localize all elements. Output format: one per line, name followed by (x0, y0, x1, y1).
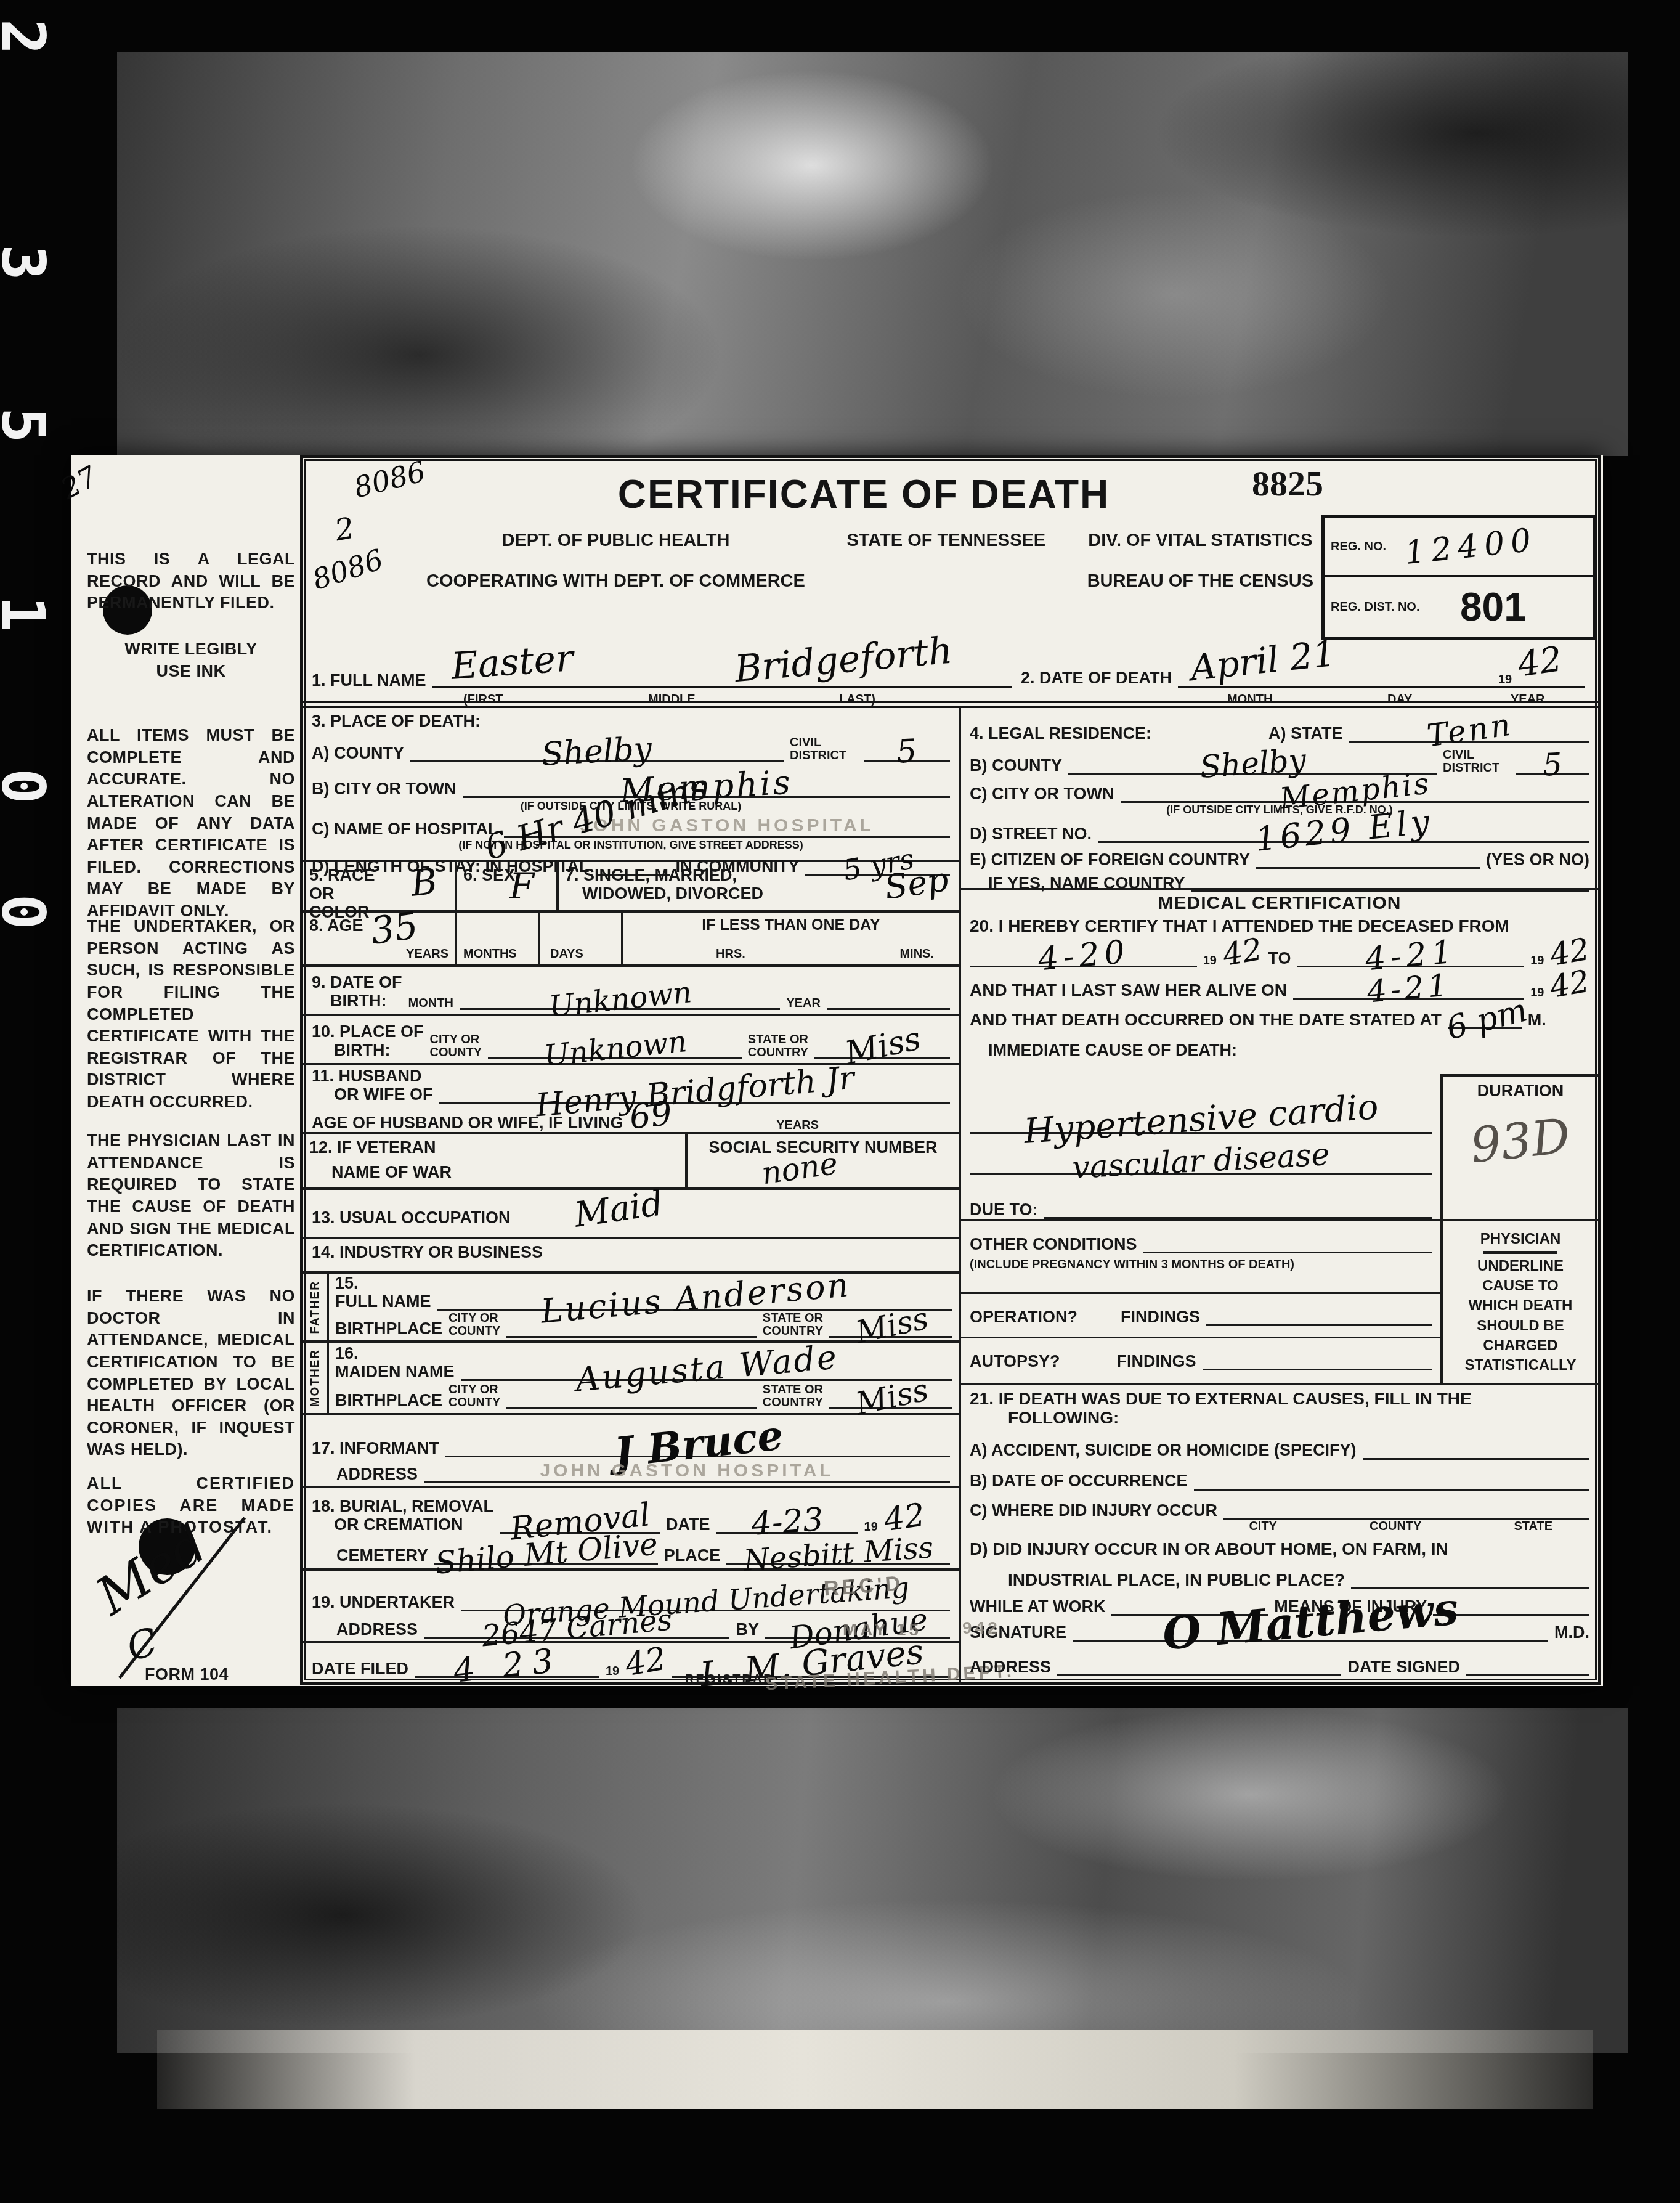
physician-note-line: SHOULD BE (1477, 1318, 1564, 1334)
months-sublabel: MONTHS (463, 948, 517, 961)
div-line2: BUREAU OF THE CENSUS (1087, 571, 1313, 591)
citizen-suffix: (YES OR NO) (1486, 850, 1589, 869)
street-no-label: D) STREET NO. (970, 825, 1092, 843)
time-value: 6 pm (1443, 995, 1530, 1045)
date-filed-value: 4 23 (452, 1643, 564, 1688)
physician-note-line: WHICH DEATH (1469, 1298, 1573, 1313)
state-line: STATE OF TENNESSEE (846, 531, 1045, 550)
film-edge-digit: 2 (0, 19, 52, 55)
veteran-ssn-row: 12. IF VETERAN NAME OF WAR SOCIAL SECURI… (303, 1134, 959, 1190)
mother-state-label2: COUNTRY (763, 1396, 823, 1409)
informant-label: 17. INFORMANT (312, 1439, 439, 1457)
veteran-label: 12. IF VETERAN (309, 1138, 679, 1157)
full-name-first-value: Easter (450, 640, 574, 685)
div-line1: DIV. OF VITAL STATISTICS (1087, 531, 1313, 550)
date-signed-label: DATE SIGNED (1347, 1658, 1460, 1676)
date-filed-year-prefix: 19 (606, 1665, 619, 1678)
certificate-form: 8086 2 8086 CERTIFICATE OF DEATH 8825 DE… (300, 455, 1601, 1685)
reg-dist-value: 801 (1460, 584, 1526, 630)
external-d-label2: INDUSTRIAL PLACE, IN PUBLIC PLACE? (1008, 1570, 1345, 1589)
from-year-prefix: 19 (1203, 955, 1217, 967)
dob-month-sublabel: MONTH (408, 997, 453, 1010)
burial-label: 18. BURIAL, REMOVAL (312, 1497, 493, 1515)
civil-district-label: CIVIL DISTRICT (790, 736, 858, 762)
external-d-label: D) DID INJURY OCCUR IN OR ABOUT HOME, ON… (970, 1539, 1589, 1558)
margin-note-physician: THE PHYSICIAN LAST IN ATTENDANCE IS REQU… (87, 1130, 295, 1262)
external-c-label: C) WHERE DID INJURY OCCUR (970, 1501, 1217, 1520)
pob-city-label2: COUNTY (430, 1046, 482, 1059)
less-than-day-label: IF LESS THAN ONE DAY (630, 916, 952, 934)
date-of-birth-row: 9. DATE OF BIRTH: MONTH Unknown YEAR (303, 967, 959, 1016)
handwritten-corner-number: 27 (57, 462, 102, 503)
father-city-label: CITY OR (448, 1312, 500, 1325)
injury-state-sublabel: STATE (1514, 1520, 1552, 1533)
years-sublabel: YEARS (406, 948, 448, 961)
place-of-birth-row: 10. PLACE OF BIRTH: CITY OR COUNTY Unkno… (303, 1016, 959, 1065)
burial-place-label: PLACE (664, 1546, 721, 1565)
duration-value: 93D (1468, 1112, 1572, 1170)
header-agencies: DEPT. OF PUBLIC HEALTH COOPERATING WITH … (426, 531, 1313, 592)
to-year-prefix: 19 (1530, 955, 1544, 967)
cause-band: IMMEDIATE CAUSE OF DEATH: Hypertensive c… (961, 1038, 1598, 1221)
pob-label2: BIRTH: (334, 1041, 424, 1059)
physician-note-line: UNDERLINE (1477, 1258, 1564, 1274)
film-edge-digit: 5 (0, 407, 52, 443)
pob-state-value: Miss (843, 1023, 923, 1070)
year-sublabel: YEAR (1511, 693, 1545, 706)
full-name-row: 1. FULL NAME Easter Bridgeforth (FIRST M… (303, 641, 1598, 708)
occupation-label: 13. USUAL OCCUPATION (312, 1208, 511, 1227)
place-of-death-section: 3. PLACE OF DEATH: A) COUNTY Shelby CIVI… (303, 708, 959, 862)
informant-row: 17. INFORMANT J Bruce ADDRESS JOHN GASTO… (303, 1415, 959, 1488)
dept-line1: DEPT. OF PUBLIC HEALTH (426, 531, 805, 550)
medical-certification-header: MEDICAL CERTIFICATION (961, 890, 1598, 916)
duration-label: DURATION (1477, 1081, 1564, 1100)
dob-label: 9. DATE OF (312, 973, 402, 992)
last-saw-label: AND THAT I LAST SAW HER ALIVE ON (970, 980, 1287, 1000)
film-edge-digit: 0 (0, 768, 52, 804)
form-number: FORM 104 (145, 1664, 280, 1686)
to-label: TO (1268, 949, 1291, 967)
middle-sublabel: MIDDLE (648, 693, 696, 706)
physician-note-line: STATISTICALLY (1465, 1358, 1577, 1373)
date-filed-year-value: 42 (623, 1643, 668, 1682)
informant-address-label: ADDRESS (336, 1465, 418, 1483)
father-name-label: FULL NAME (335, 1292, 431, 1311)
film-edge-digit: 0 (0, 894, 52, 930)
mother-name-label: MAIDEN NAME (335, 1362, 455, 1381)
right-column: 4. LEGAL RESIDENCE: A) STATE Tenn B) COU… (961, 708, 1598, 1685)
county-label: A) COUNTY (312, 744, 404, 762)
burial-place-value: Nesbitt Miss (743, 1533, 935, 1575)
residence-county-label: B) COUNTY (970, 756, 1062, 775)
mother-city-label: CITY OR (448, 1383, 500, 1396)
margin-note-legal-record: THIS IS A LEGAL RECORD AND WILL BE PERMA… (87, 548, 295, 614)
physician-note-box: PHYSICIAN UNDERLINE CAUSE TO WHICH DEATH… (1440, 1221, 1598, 1383)
pob-city-value: Unknown (543, 1027, 688, 1071)
full-name-label: 1. FULL NAME (312, 671, 426, 690)
stamp-942-fragment: 942 (962, 1618, 1000, 1638)
last-sublabel: LAST) (839, 693, 875, 706)
conditions-band: OTHER CONDITIONS (INCLUDE PREGNANCY WITH… (961, 1221, 1598, 1385)
reg-no-value: 12400 (1403, 524, 1539, 569)
external-causes-section: 21. IF DEATH WAS DUE TO EXTERNAL CAUSES,… (961, 1385, 1598, 1589)
spouse-row: 11. HUSBAND OR WIFE OF Henry Bridgforth … (303, 1065, 959, 1134)
burial-label2: OR CREMATION (334, 1515, 493, 1534)
residence-city-label: C) CITY OR TOWN (970, 784, 1114, 803)
pob-state-label: STATE OR (748, 1033, 808, 1046)
burial-year-prefix: 19 (864, 1521, 878, 1534)
year-value: 42 (1516, 642, 1564, 682)
handwritten-cert-number: 8086 (351, 457, 428, 502)
spouse-label: 11. HUSBAND (312, 1067, 432, 1085)
place-of-death-title: 3. PLACE OF DEATH: (312, 712, 950, 730)
hospital-label: C) NAME OF HOSPITAL (312, 820, 498, 838)
physician-word: PHYSICIAN (1480, 1231, 1561, 1247)
film-exposure-top (117, 52, 1628, 456)
last-saw-year-value: 42 (1548, 966, 1592, 1003)
race-value: B (409, 863, 439, 902)
microfilm-scan: 2 3 5 1 0 0 27 THIS IS A LEGAL RECORD AN… (0, 0, 1680, 2203)
year-prefix: 19 (1498, 674, 1512, 686)
mother-side-label: MOTHER (309, 1349, 322, 1407)
industry-row: 14. INDUSTRY OR BUSINESS (303, 1239, 959, 1274)
date-of-death-value: April 21 (1189, 635, 1337, 686)
marital-value: Sep (883, 863, 951, 905)
margin-note-accuracy: ALL ITEMS MUST BE COMPLETE AND ACCURATE.… (87, 725, 295, 922)
autopsy-label: AUTOPSY? (970, 1352, 1060, 1370)
city-label: B) CITY OR TOWN (312, 780, 457, 798)
father-city-label2: COUNTY (448, 1325, 500, 1338)
handwritten-cert-number-2: 8086 (309, 545, 387, 594)
mother-state-value: Miss (853, 1374, 930, 1420)
film-exposure-bottom (117, 1708, 1628, 2053)
attended-from-value: 4-20 (1037, 936, 1131, 976)
death-certificate: 27 THIS IS A LEGAL RECORD AND WILL BE PE… (71, 455, 1603, 1686)
spouse-age-years: YEARS (776, 1119, 819, 1132)
reg-dist-label: REG. DIST. NO. (1331, 601, 1423, 614)
film-edge-digit: 1 (0, 596, 52, 632)
margin-note-write-legibly: WRITE LEGIBLY (87, 638, 295, 661)
margin-note-no-doctor: IF THERE WAS NO DOCTOR IN ATTENDANCE, ME… (87, 1285, 295, 1461)
cemetery-label: CEMETERY (336, 1546, 428, 1565)
if-yes-label: IF YES, NAME COUNTRY (988, 874, 1185, 892)
father-birthplace-label: BIRTHPLACE (335, 1319, 442, 1338)
day-sublabel: DAY (1387, 693, 1412, 706)
other-conditions-caption: (INCLUDE PREGNANCY WITHIN 3 MONTHS OF DE… (970, 1258, 1432, 1271)
handwritten-2: 2 (333, 513, 356, 546)
father-state-label2: COUNTRY (763, 1325, 823, 1338)
film-edge-digit: 3 (0, 245, 52, 280)
month-sublabel: MONTH (1227, 693, 1272, 706)
burial-date-label: DATE (666, 1515, 710, 1534)
physician-note-line: CAUSE TO (1482, 1278, 1559, 1293)
undertaker-row: 19. UNDERTAKER Orange Mound Undertaking … (303, 1571, 959, 1643)
occupation-value: Maid (572, 1186, 665, 1233)
physician-address-label: ADDRESS (970, 1658, 1051, 1676)
dob-year-sublabel: YEAR (786, 997, 821, 1010)
residence-district-label: CIVIL DISTRICT (1443, 749, 1509, 775)
operation-findings-label: FINDINGS (1121, 1308, 1200, 1326)
margin-note-use-ink: USE INK (87, 661, 295, 683)
due-to-label: DUE TO: (970, 1200, 1038, 1219)
date-of-death-label: 2. DATE OF DEATH (1021, 669, 1172, 687)
father-row: FATHER 15. FULL NAME Lucius Anderson BIR… (303, 1274, 959, 1343)
from-year-value: 42 (1220, 934, 1264, 971)
sex-value: F (509, 868, 534, 904)
immediate-cause-label: IMMEDIATE CAUSE OF DEATH: (988, 1041, 1432, 1059)
sex-label: 6. SEX (463, 866, 515, 884)
mother-num: 16. (335, 1344, 455, 1362)
occupation-row: 13. USUAL OCCUPATION Maid (303, 1190, 959, 1239)
injury-county-sublabel: COUNTY (1370, 1520, 1421, 1533)
operation-label: OPERATION? (970, 1308, 1077, 1326)
last-saw-value: 4-21 (1366, 969, 1452, 1008)
mins-sublabel: MINS. (899, 948, 934, 961)
undertaker-address-label: ADDRESS (336, 1620, 418, 1639)
form-columns: 3. PLACE OF DEATH: A) COUNTY Shelby CIVI… (303, 708, 1598, 1685)
external-title: 21. IF DEATH WAS DUE TO EXTERNAL CAUSES,… (970, 1389, 1589, 1408)
mother-city-label2: COUNTY (448, 1396, 500, 1409)
registration-box: REG. NO. 12400 REG. DIST. NO. 801 (1321, 515, 1597, 640)
death-occurred-label: AND THAT DEATH OCCURRED ON THE DATE STAT… (970, 1010, 1442, 1029)
certificate-title: CERTIFICATE OF DEATH (525, 471, 1203, 517)
father-side-label: FATHER (309, 1281, 322, 1334)
pob-state-label2: COUNTRY (748, 1046, 808, 1059)
other-conditions-label: OTHER CONDITIONS (970, 1235, 1137, 1253)
age-value: 35 (368, 907, 420, 950)
left-column: 3. PLACE OF DEATH: A) COUNTY Shelby CIVI… (303, 708, 961, 1685)
mother-birthplace-label: BIRTHPLACE (335, 1391, 442, 1409)
father-state-value: Miss (853, 1303, 930, 1348)
burial-row: 18. BURIAL, REMOVAL OR CREMATION Removal… (303, 1488, 959, 1571)
dob-label2: BIRTH: (330, 992, 402, 1010)
mother-row: MOTHER 16. MAIDEN NAME Augusta Wade BIRT… (303, 1343, 959, 1415)
external-title2: FOLLOWING: (1008, 1408, 1589, 1427)
father-num: 15. (335, 1274, 431, 1292)
first-sublabel: (FIRST (463, 693, 503, 706)
father-state-label: STATE OR (763, 1312, 823, 1325)
pob-city-label: CITY OR (430, 1033, 482, 1046)
undertaker-by-label: BY (736, 1620, 759, 1639)
registrar-label: REGISTRAR (685, 1673, 774, 1686)
physician-note-line: CHARGED (1483, 1338, 1557, 1353)
md-label: M.D. (1554, 1623, 1589, 1642)
citizen-label: E) CITIZEN OF FOREIGN COUNTRY (970, 850, 1250, 869)
last-saw-year-prefix: 19 (1530, 987, 1544, 1000)
residence-state-label: A) STATE (1268, 724, 1343, 743)
mother-state-label: STATE OR (763, 1383, 823, 1396)
industry-label: 14. INDUSTRY OR BUSINESS (312, 1243, 543, 1261)
injury-city-sublabel: CITY (1249, 1520, 1277, 1533)
age-row: 8. AGE 35 YEARS MONTHS DAYS IF LESS THAN… (303, 913, 959, 967)
reg-no-label: REG. NO. (1331, 540, 1405, 553)
certify-text: 20. I HEREBY CERTIFY THAT I ATTENDED THE… (970, 916, 1589, 935)
hrs-sublabel: HRS. (716, 948, 745, 961)
race-sex-marital-row: 5. RACE OR COLOR B 6. SEX F 7. SINGLE, M… (303, 862, 959, 913)
spouse-label2: OR WIFE OF (334, 1085, 432, 1104)
medical-certification-title: MEDICAL CERTIFICATION (1158, 893, 1402, 914)
legal-residence-section: 4. LEGAL RESIDENCE: A) STATE Tenn B) COU… (961, 708, 1598, 890)
dob-value: Unknown (548, 977, 693, 1022)
informant-address-stamp: JOHN GASTON HOSPITAL (540, 1460, 834, 1481)
ssn-value: none (760, 1148, 840, 1189)
age-label: 8. AGE (309, 916, 363, 935)
address-date-signed-row: ADDRESS DATE SIGNED (961, 1643, 1598, 1685)
veteran-label2: NAME OF WAR (331, 1163, 679, 1181)
printed-serial-number: 8825 (1252, 463, 1323, 504)
dept-line2: COOPERATING WITH DEPT. OF COMMERCE (426, 571, 805, 591)
date-filed-row: DATE FILED 4 23 19 42 L. M. Graves REGIS… (303, 1643, 959, 1685)
external-b-label: B) DATE OF OCCURRENCE (970, 1472, 1188, 1490)
form-header: 8086 2 8086 CERTIFICATE OF DEATH 8825 DE… (303, 458, 1598, 641)
margin-note-undertaker: THE UNDERTAKER, OR PERSON ACTING AS SUCH… (87, 916, 295, 1114)
duration-box: DURATION 93D (1440, 1074, 1598, 1219)
external-a-label: A) ACCIDENT, SUICIDE OR HOMICIDE (SPECIF… (970, 1441, 1357, 1459)
pob-label: 10. PLACE OF (312, 1022, 424, 1041)
signature-section: WHILE AT WORK MEANS OF INJURY 942 SIGNAT… (961, 1589, 1598, 1643)
film-light-band (157, 2030, 1593, 2109)
spouse-age-value: 69 (628, 1097, 673, 1134)
legal-residence-title: 4. LEGAL RESIDENCE: (970, 724, 1151, 743)
certify-section: 20. I HEREBY CERTIFY THAT I ATTENDED THE… (961, 916, 1598, 1038)
physician-underline-rule (1483, 1251, 1557, 1254)
autopsy-findings-label: FINDINGS (1117, 1352, 1196, 1370)
date-filed-label: DATE FILED (312, 1659, 408, 1678)
days-sublabel: DAYS (550, 948, 583, 961)
